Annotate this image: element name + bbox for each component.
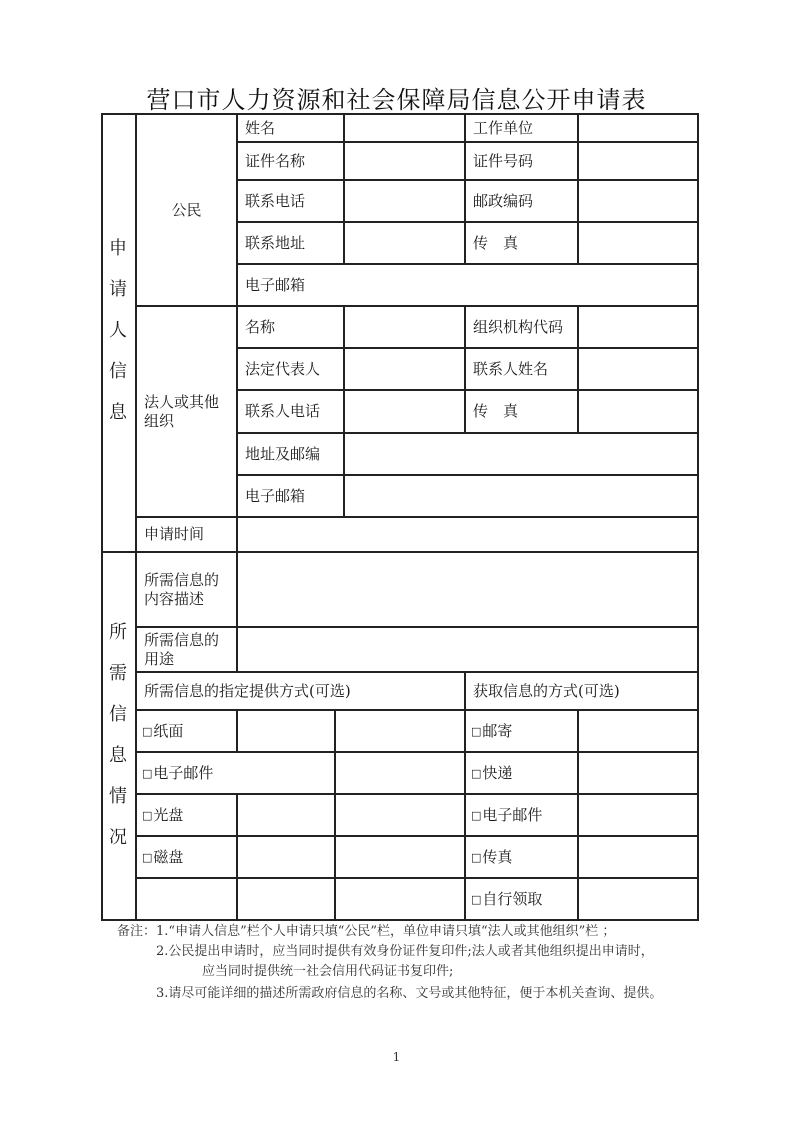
label-address: 联系地址 — [238, 223, 343, 263]
obtain-option-express[interactable]: □快递 — [466, 753, 577, 793]
org-fax-input[interactable] — [579, 391, 697, 432]
content-desc-input[interactable] — [238, 553, 697, 626]
provide-method-header: 所需信息的指定提供方式(可选) — [137, 673, 464, 709]
label-phone: 联系电话 — [238, 181, 343, 221]
option-label: 电子邮件 — [153, 764, 213, 783]
notes-line-1: 备注：1.“申请人信息”栏个人申请只填“公民”栏，单位申请只填“法人或其他组织”… — [117, 922, 615, 942]
label-content-desc: 所需信息的内容描述 — [137, 553, 236, 626]
label-char: 况 — [101, 817, 135, 858]
label-purpose: 所需信息的用途 — [137, 628, 236, 671]
divider — [236, 710, 238, 752]
label-char: 信 — [101, 351, 135, 392]
divider — [334, 710, 336, 920]
notes-line-2: 2.公民提出申请时，应当同时提供有效身份证件复印件;法人或者其他组织提出申请时， — [156, 942, 654, 962]
divider — [577, 710, 579, 920]
label-char: 人 — [101, 310, 135, 351]
citizen-employer-input[interactable] — [579, 115, 697, 141]
citizen-phone-input[interactable] — [345, 181, 464, 221]
label-org-code: 组织机构代码 — [466, 307, 577, 347]
org-address-postcode-input[interactable] — [345, 434, 697, 474]
option-label: 自行领取 — [482, 890, 542, 909]
obtain-option-mail[interactable]: □邮寄 — [466, 711, 577, 751]
label-address-postcode: 地址及邮编 — [238, 434, 343, 474]
label-postcode: 邮政编码 — [466, 181, 577, 221]
citizen-id-type-input[interactable] — [345, 143, 464, 179]
obtain-option-self-pickup[interactable]: □自行领取 — [466, 879, 577, 919]
label-contact-name: 联系人姓名 — [466, 349, 577, 389]
label-char: 情 — [101, 776, 135, 817]
page-number: 1 — [0, 1050, 793, 1064]
label-fax: 传 真 — [466, 223, 577, 263]
checkbox-icon[interactable]: □ — [142, 722, 152, 741]
provide-option-cd[interactable]: □光盘 — [137, 795, 236, 835]
label-apply-time: 申请时间 — [137, 518, 236, 551]
label-employer: 工作单位 — [466, 115, 577, 141]
org-email-input[interactable] — [345, 476, 697, 516]
provide-option-paper[interactable]: □纸面 — [137, 711, 236, 751]
option-label: 纸面 — [153, 722, 183, 741]
checkbox-icon[interactable]: □ — [471, 848, 481, 867]
org-code-input[interactable] — [579, 307, 697, 347]
label-char: 申 — [101, 228, 135, 269]
checkbox-icon[interactable]: □ — [471, 722, 481, 741]
label-name: 姓名 — [238, 115, 343, 141]
label-email: 电子邮箱 — [238, 265, 343, 305]
citizen-name-input[interactable] — [345, 115, 464, 141]
obtain-method-header: 获取信息的方式(可选) — [466, 673, 697, 709]
label-char: 息 — [101, 392, 135, 433]
label-org-email: 电子邮箱 — [238, 476, 343, 516]
label-char: 请 — [101, 269, 135, 310]
checkbox-icon[interactable]: □ — [142, 764, 152, 783]
option-label: 光盘 — [153, 806, 183, 825]
info-section-label: 所 需 信 息 情 况 — [101, 612, 135, 858]
divider — [236, 794, 238, 920]
checkbox-icon[interactable]: □ — [471, 764, 481, 783]
checkbox-icon[interactable]: □ — [142, 806, 152, 825]
label-org-fax: 传 真 — [466, 391, 577, 432]
apply-time-input[interactable] — [238, 518, 697, 551]
label-char: 所 — [101, 612, 135, 653]
notes-text: 1.“申请人信息”栏个人申请只填“公民”栏，单位申请只填“法人或其他组织”栏 ； — [156, 924, 615, 939]
notes-prefix: 备注： — [117, 924, 156, 939]
checkbox-icon[interactable]: □ — [142, 848, 152, 867]
table-border-bottom — [101, 919, 699, 921]
org-contact-phone-input[interactable] — [345, 391, 464, 432]
label-org-name: 名称 — [238, 307, 343, 347]
citizen-address-input[interactable] — [345, 223, 464, 263]
option-label: 邮寄 — [482, 722, 512, 741]
label-char: 息 — [101, 735, 135, 776]
org-legal-rep-input[interactable] — [345, 349, 464, 389]
notes-line-4: 3.请尽可能详细的描述所需政府信息的名称、文号或其他特征，便于本机关查询、提供。 — [156, 984, 662, 1004]
obtain-option-fax[interactable]: □传真 — [466, 837, 577, 877]
citizen-email-input[interactable] — [345, 265, 697, 305]
citizen-id-number-input[interactable] — [579, 143, 697, 179]
org-name-input[interactable] — [345, 307, 464, 347]
divider — [135, 877, 699, 879]
org-contact-name-input[interactable] — [579, 349, 697, 389]
checkbox-icon[interactable]: □ — [471, 890, 481, 909]
citizen-postcode-input[interactable] — [579, 181, 697, 221]
obtain-option-email[interactable]: □电子邮件 — [466, 795, 577, 835]
purpose-input[interactable] — [238, 628, 697, 671]
label-legal-rep: 法定代表人 — [238, 349, 343, 389]
option-label: 快递 — [482, 764, 512, 783]
label-char: 需 — [101, 653, 135, 694]
label-id-number: 证件号码 — [466, 143, 577, 179]
option-label: 传真 — [482, 848, 512, 867]
page-title: 营口市人力资源和社会保障局信息公开申请表 — [0, 80, 793, 115]
provide-option-disk[interactable]: □磁盘 — [137, 837, 236, 877]
label-id-type: 证件名称 — [238, 143, 343, 179]
citizen-fax-input[interactable] — [579, 223, 697, 263]
label-char: 信 — [101, 694, 135, 735]
notes-line-3: 应当同时提供统一社会信用代码证书复印件; — [202, 962, 453, 982]
organization-group-label: 法人或其他组织 — [137, 307, 236, 516]
citizen-group-label: 公民 — [137, 115, 236, 305]
checkbox-icon[interactable]: □ — [471, 806, 481, 825]
label-contact-phone: 联系人电话 — [238, 391, 343, 432]
applicant-section-label: 申 请 人 信 息 — [101, 228, 135, 433]
option-label: 磁盘 — [153, 848, 183, 867]
option-label: 电子邮件 — [482, 806, 542, 825]
provide-option-email[interactable]: □电子邮件 — [137, 753, 334, 793]
